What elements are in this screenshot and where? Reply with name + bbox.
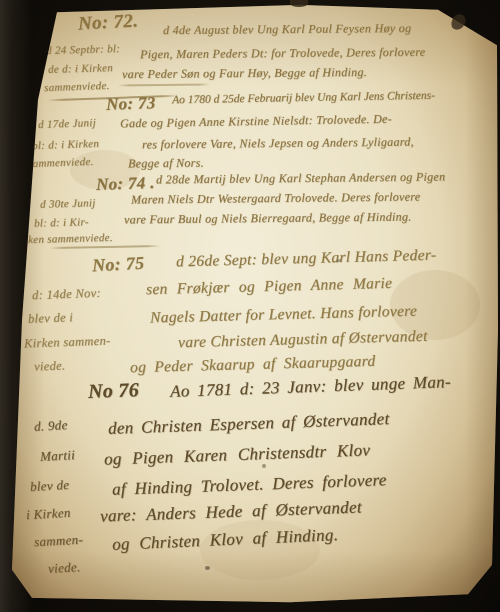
entry-76-margin-note: viede. [48, 559, 81, 577]
entry-76-margin-note: blev de [30, 477, 70, 495]
entry-72-margin-note: de d: i Kirken [48, 62, 113, 76]
ink-blot [290, 0, 308, 7]
entry-76-line: og Christen Klov af Hinding. [112, 525, 339, 555]
manuscript-photo: No: 72. d 4de August blev Ung Karl Poul … [0, 0, 500, 612]
entry-76-margin-note: sammen- [34, 532, 84, 551]
entry-74-line: Maren Niels Dtr Westergaard Trolovede. D… [131, 189, 421, 207]
entry-75-line: Nagels Datter for Levnet. Hans forlovere [150, 303, 418, 328]
entry-74-line: vare Faur Buul og Niels Bierregaard, Beg… [124, 209, 412, 227]
entry-73-line: Begge af Nors. [128, 156, 204, 172]
ink-speck [205, 566, 210, 570]
entry-72-number: No: 72. [77, 10, 138, 35]
entry-73-line: res forlovere Vare, Niels Jepsen og Ande… [142, 135, 414, 153]
entry-73-line: Gade og Pigen Anne Kirstine Nielsdt: Tro… [120, 112, 392, 132]
entry-75-margin-note: viede. [34, 358, 66, 374]
ink-speck [337, 259, 341, 262]
entry-76-number: No 76 [88, 379, 140, 404]
entry-72-margin-note: d 24 Septbr: bl: [46, 43, 120, 57]
entry-76-margin-note: i Kirken [26, 505, 71, 523]
ink-speck [262, 464, 266, 468]
entry-72-line: Pigen, Maren Peders Dt: for Trolovede, D… [140, 45, 425, 62]
flourish-rule [50, 245, 160, 249]
entry-75-line: d 26de Sept: blev ung Karl Hans Peder- [176, 247, 437, 272]
entry-72-line: d 4de August blev Ung Karl Poul Feysen H… [163, 21, 411, 38]
entry-72-line: vare Peder Søn og Faur Høy, Begge af Hin… [122, 65, 367, 82]
handwriting-layer: No: 72. d 4de August blev Ung Karl Poul … [0, 0, 500, 612]
entry-76-margin-note: d. 9de [34, 417, 68, 435]
flourish-rule [118, 84, 210, 87]
entry-75-number: No: 75 [91, 253, 144, 277]
entry-75-line: og Peder Skaarup af Skaarupgaard [130, 353, 376, 377]
entry-76-line: af Hinding Trolovet. Deres forlovere [112, 470, 387, 500]
entry-76-line: og Pigen Karen Christensdtr Klov [104, 440, 371, 469]
entry-76-margin-note: Martii [40, 447, 76, 465]
entry-75-line: sen Frøkjær og Pigen Anne Marie [146, 275, 393, 299]
entry-76-line: vare: Anders Hede af Østervandet [100, 497, 362, 526]
entry-73-margin-note: d 17de Junij [38, 117, 96, 131]
entry-76-line: den Christen Espersen af Østervandet [108, 409, 390, 439]
entry-74-margin-note: bl: d: i Kir- [34, 216, 89, 229]
entry-73-line: Ao 1780 d 25de Februarij blev Ung Karl J… [172, 90, 435, 107]
entry-74-margin-note: ken sammenviede. [28, 232, 113, 246]
entry-75-margin-note: Kirken sammen- [24, 333, 111, 351]
manuscript-page: No: 72. d 4de August blev Ung Karl Poul … [0, 0, 500, 612]
entry-73-margin-note: sammenviede. [28, 156, 94, 170]
entry-75-line: vare Christen Augustin af Østervandet [178, 328, 428, 353]
entry-73-margin-note: bl: d: i Kirken [32, 138, 100, 152]
entry-73-number: No: 73 [106, 93, 156, 115]
entry-75-margin-note: blev de i [28, 310, 74, 327]
entry-74-margin-note: d 30te Junij [40, 197, 96, 210]
entry-74-line: d 28de Martij blev Ung Karl Stephan Ande… [156, 169, 445, 187]
entry-76-line: Ao 1781 d: 23 Janv: blev unge Man- [170, 372, 451, 402]
entry-72-margin-note: sammenviede. [44, 80, 110, 94]
entry-75-margin-note: d: 14de Nov: [32, 286, 101, 303]
